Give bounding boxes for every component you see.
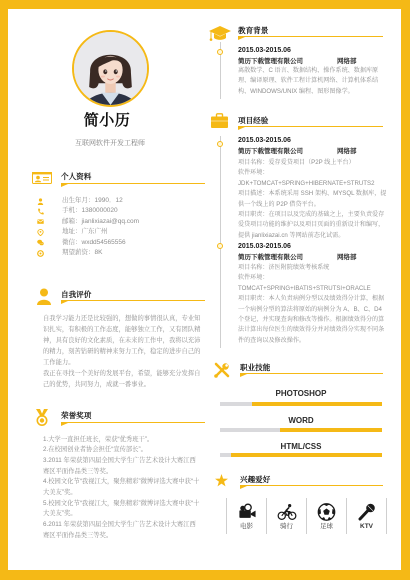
salary-icon [37, 250, 44, 257]
bicycle-icon [277, 503, 296, 521]
section-divider [238, 126, 383, 127]
job-title: 互联网软件开发工程师 [31, 139, 189, 148]
divider-tick [61, 301, 68, 304]
company-name: 简历下载管理有限公司 [238, 148, 303, 155]
section-title-projects: 项目经验 [238, 116, 383, 125]
section-divider [61, 300, 205, 301]
hobby-label: 足球 [307, 523, 346, 531]
honor-item: 6.2011 年荣获第四届全国大学生广告艺术设计大赛江西赛区平面作品类三等奖。 [43, 520, 201, 541]
mail-icon [37, 218, 44, 225]
info-address-text: 地址：广东广州 [62, 227, 108, 237]
section-title-skills: 职业技能 [240, 363, 383, 372]
department: 网络部 [337, 58, 357, 66]
education-date: 2015.03-2015.06 [238, 47, 291, 55]
skill-bar-word [220, 428, 382, 432]
project-name-line: 项目名称：济医附院绩效考核系统 [238, 263, 388, 273]
skill-label-word: WORD [220, 416, 382, 425]
section-header-skills: 职业技能 [240, 363, 383, 374]
project-2-company: 简历下载管理有限公司 网络部 [238, 254, 388, 262]
section-header-personal: 个人资料 [61, 172, 205, 184]
candidate-name: 简小历 [31, 112, 183, 130]
divider-tick [240, 374, 247, 377]
timeline-dot [217, 243, 223, 249]
section-title-education: 教育背景 [238, 26, 383, 35]
hobby-label: 电影 [227, 523, 266, 531]
environment-label: 软件环境： [238, 168, 388, 178]
divider-tick [238, 127, 245, 130]
hobby-ktv: KTV [346, 498, 386, 534]
project-2-details: 项目名称：济医附院绩效考核系统 软件环境： TOMCAT+SPRING+IBAT… [238, 263, 388, 346]
project-1-date: 2015.03-2015.06 [238, 137, 291, 145]
project-responsibility: 项目职责：在项目以及完成的基础之上，主要负责爱存爱贷项目功能的维护以及项目页面的… [238, 210, 388, 241]
person-silhouette-icon [37, 288, 51, 305]
self-eval-paragraph: 自我学习能力还是比较强的，想做的事情很认真，专业知识扎实，有积极的工作态度，能够… [43, 313, 202, 368]
department: 网络部 [337, 148, 357, 156]
info-phone-text: 手机：1380000020 [62, 206, 118, 216]
section-divider [240, 485, 383, 486]
section-divider [238, 36, 383, 37]
info-wechat-text: 微信：wxdd54565556 [62, 238, 126, 248]
project-2-date: 2015.03-2015.06 [238, 243, 291, 251]
self-eval-text: 自我学习能力还是比较强的，想做的事情很认真，专业知识扎实，有积极的工作态度，能够… [43, 313, 202, 390]
microphone-icon [357, 503, 376, 521]
section-divider [61, 422, 205, 423]
graduation-cap-icon [209, 26, 231, 42]
divider-tick [240, 486, 247, 489]
skill-level-fill [231, 453, 382, 457]
star-icon [215, 474, 228, 487]
honor-item: 1.大学一直担任班长，荣获“优秀班干”。 [43, 435, 201, 446]
info-salary-text: 期望薪资：8K [62, 248, 102, 258]
section-title-hobbies: 兴趣爱好 [240, 475, 383, 484]
honor-item: 5.校园文化节“我视江大，聚焦精彩”微博评选大赛中获“十大美友”奖。 [43, 499, 201, 520]
honors-list: 1.大学一直担任班长，荣获“优秀班干”。 2.在校园创业者协会担任“宣传部长”。… [43, 435, 201, 542]
section-title-self-eval: 自我评价 [61, 290, 205, 299]
environment-stack: JDK+TOMCAT+SPRING+HIBERNATE+STRUTS2 [238, 179, 388, 189]
timeline-dot [217, 141, 223, 147]
project-responsibility: 项目职责：本人负责病例分型以及绩效得分计算，根据一个病例分型的算法将原始的病例分… [238, 294, 388, 346]
divider-tick [61, 184, 68, 187]
education-description: 离散数学、C 语言、数据结构、操作系统、数据库原理、编译原理、软件工程计算机网络… [238, 66, 388, 97]
hobbies-grid: 电影 骑行 足球 [226, 498, 387, 534]
avatar-portrait-icon [74, 32, 147, 105]
environment-stack: TOMCAT+SPRING+IBATIS+STRUTSI+ORACLE [238, 284, 388, 294]
avatar [72, 30, 149, 107]
skill-level-fill [252, 402, 382, 406]
hobby-label: 骑行 [267, 523, 306, 531]
timeline-line [220, 136, 221, 348]
skill-label-html-css: HTML/CSS [220, 442, 382, 451]
hobby-cycling: 骑行 [266, 498, 306, 534]
project-1-details: 项目名称：爱存爱贷项目（P2P 线上平台） 软件环境： JDK+TOMCAT+S… [238, 158, 388, 241]
honor-item: 3.2011 年荣获第四届全国大学生广告艺术设计大赛江西赛区平面作品类三等奖。 [43, 456, 201, 477]
honor-item: 4.校园文化节“我视江大，聚焦精彩”微博评选大赛中获“十大美友”奖。 [43, 477, 201, 498]
info-birth-text: 出生年月：1990．12 [62, 196, 123, 206]
section-header-hobbies: 兴趣爱好 [240, 475, 383, 486]
section-header-self-eval: 自我评价 [61, 290, 205, 301]
hobby-movie: 电影 [226, 498, 266, 534]
divider-tick [61, 423, 68, 426]
id-card-icon [32, 172, 52, 184]
honor-item: 2.在校园创业者协会担任“宣传部长”。 [43, 445, 201, 456]
section-divider [61, 183, 205, 184]
soccer-ball-icon [317, 503, 336, 521]
timeline-dot [217, 49, 223, 55]
divider-tick [238, 37, 245, 40]
info-email-text: 邮箱：jianlixiazai@qq.com [62, 217, 139, 227]
company-name: 简历下载管理有限公司 [238, 254, 303, 261]
environment-label: 软件环境： [238, 273, 388, 283]
project-1-company: 简历下载管理有限公司 网络部 [238, 148, 388, 156]
phone-icon [37, 208, 44, 215]
skill-level-fill [280, 428, 382, 432]
skill-bar-html-css [220, 453, 382, 457]
skill-label-photoshop: PHOTOSHOP [220, 389, 382, 398]
person-icon [37, 198, 44, 205]
section-title-honors: 荣誉奖项 [61, 411, 205, 420]
hobby-label: KTV [347, 523, 386, 531]
description-line: 离散数学、C 语言、数据结构、操作系统、数据库原理、编译原理、软件工程计算机网络… [238, 66, 388, 97]
briefcase-icon [211, 113, 228, 128]
department: 网络部 [337, 254, 357, 262]
self-eval-paragraph: 我正在寻找一个美好的发展平台，希望，能够充分发挥自己的优势，共同努力，成就一番事… [43, 368, 202, 390]
section-header-education: 教育背景 [238, 26, 383, 37]
skill-bar-photoshop [220, 402, 382, 406]
hobby-football: 足球 [306, 498, 346, 534]
tools-icon [213, 362, 231, 378]
project-description: 项目描述：本系统采用 SSH 架构、MYSQL 数据库，提供一个线上的 P2P … [238, 189, 388, 210]
wechat-icon [37, 239, 44, 246]
section-header-projects: 项目经验 [238, 116, 383, 127]
medal-icon [35, 409, 49, 426]
company-name: 简历下载管理有限公司 [238, 58, 303, 65]
section-header-honors: 荣誉奖项 [61, 411, 205, 423]
movie-camera-icon [237, 503, 256, 521]
education-company: 简历下载管理有限公司 网络部 [238, 58, 388, 66]
project-name-line: 项目名称：爱存爱贷项目（P2P 线上平台） [238, 158, 388, 168]
section-divider [240, 373, 383, 374]
section-title-personal: 个人资料 [61, 172, 205, 181]
location-icon [37, 229, 44, 236]
